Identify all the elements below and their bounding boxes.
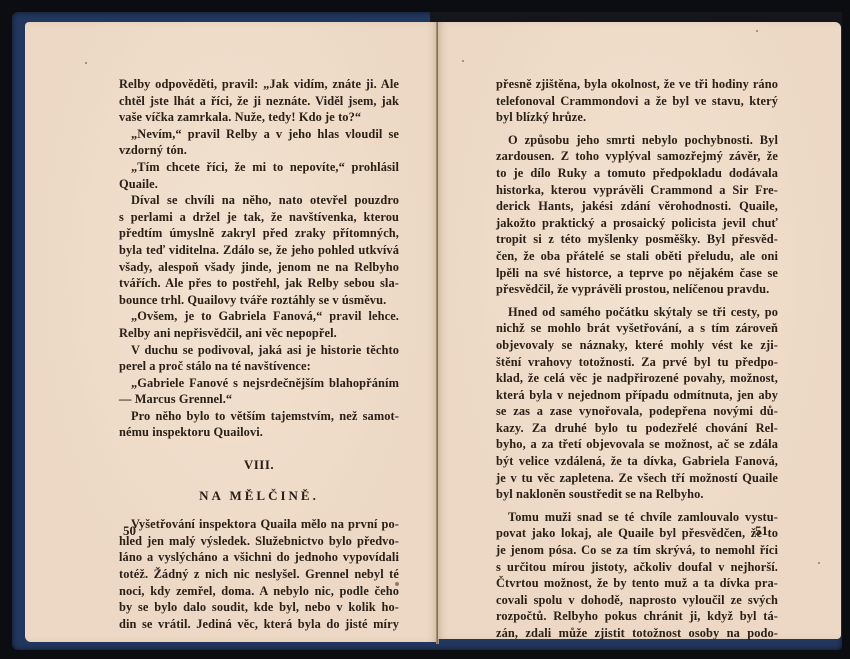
paper-speck bbox=[818, 562, 820, 564]
text-line: vaše víčka zamrkala. Nuže, tedy! Kdo je … bbox=[119, 109, 399, 126]
right-page: přesně zjištěna, byla okolnost, že ve tř… bbox=[438, 22, 841, 639]
left-page: Relby odpověděti, pravil: „Jak vidím, zn… bbox=[25, 22, 437, 642]
text-line: láno a vyslýcháno a všichni do jednoho v… bbox=[119, 549, 399, 566]
page-number-left: 50 bbox=[123, 523, 136, 539]
text-line: štění vrahovy totožnosti. Za prvé byl tu… bbox=[496, 354, 778, 371]
text-line: „Ovšem, je to Gabriela Fanová,“ pravil l… bbox=[119, 308, 399, 325]
text-line: telefonoval Crammondovi a že byl ve stav… bbox=[496, 93, 778, 110]
text-line: Relby odpověděti, pravil: „Jak vidím, zn… bbox=[119, 76, 399, 93]
text-line: „Tím chcete říci, že mi to nepovíte,“ pr… bbox=[119, 159, 399, 176]
text-line: „Nevím,“ pravil Relby a v jeho hlas vlou… bbox=[119, 126, 399, 143]
text-line: perel a proč stálo na té navštívence: bbox=[119, 358, 399, 375]
text-line: povat jako lokaj, ale Quaile byl přesvěd… bbox=[496, 525, 778, 542]
text-line: všady, alespoň všady jinde, jenom ne na … bbox=[119, 259, 399, 276]
text-line: V duchu se podivoval, jaká asi je histor… bbox=[119, 342, 399, 359]
text-line: rozpočtů. Relbyho pokus chránit ji, když… bbox=[496, 608, 778, 625]
text-line: se zas a zase vynořovala, podepřena nový… bbox=[496, 403, 778, 420]
text-line: je jenom pósa. Co se za tím skrývá, to n… bbox=[496, 542, 778, 559]
text-line: která byla v nejednom případu odmítnuta,… bbox=[496, 387, 778, 404]
text-line: O způsobu jeho smrti nebylo pochybnosti.… bbox=[496, 132, 778, 149]
text-line: noci, kdy zemřel, doma. A nebylo nic, po… bbox=[119, 583, 399, 600]
chapter-title: NA MĚLČINĚ. bbox=[119, 488, 399, 505]
text-line: byla teď viditelna. Zdálo se, že jeho po… bbox=[119, 242, 399, 259]
text-line: tropit si z této myšlenky posměšky. Byl … bbox=[496, 231, 778, 248]
text-line: objevovaly se náznaky, které mohly vést … bbox=[496, 337, 778, 354]
text-line: Díval se chvíli na něho, nato otevřel po… bbox=[119, 192, 399, 209]
text-line: jakožto praktický a prosaický policista … bbox=[496, 215, 778, 232]
text-line: covali spolu v dohodě, naprosto vyloučil… bbox=[496, 592, 778, 609]
text-line: vzdorný tón. bbox=[119, 142, 399, 159]
paper-speck bbox=[395, 582, 399, 586]
text-line: historka, kterou vyprávěli Crammond a Si… bbox=[496, 182, 778, 199]
text-line: — Marcus Grennel.“ bbox=[119, 391, 399, 408]
text-line: nichž se mohlo brát vyšetřování, a s tím… bbox=[496, 320, 778, 337]
text-line: Vyšetřování inspektora Quaila mělo na pr… bbox=[119, 516, 399, 533]
text-line: to je dílo Ruky a tomuto předpokladu dod… bbox=[496, 165, 778, 182]
text-line: přesvědčil, že vyprávěli prostou, nelíče… bbox=[496, 281, 778, 298]
text-line: bounce trhl. Quailovy tváře roztáhly se … bbox=[119, 292, 399, 309]
text-line: byho, a za třetí objevovala se možnost, … bbox=[496, 436, 778, 453]
text-line: zán, zdali může zjistit totožnost osoby … bbox=[496, 625, 778, 642]
text-line: hled jen malý výsledek. Služebnictvo byl… bbox=[119, 533, 399, 550]
text-line: byl blízký hrůze. bbox=[496, 109, 778, 126]
text-line: Pro něho bylo to větším tajemstvím, než … bbox=[119, 408, 399, 425]
text-line: kazy. Za druhé bylo tu podezřelé chování… bbox=[496, 420, 778, 437]
chapter-number: VIII. bbox=[119, 457, 399, 474]
text-line: lpěli na své historce, a teprve po nějak… bbox=[496, 265, 778, 282]
text-line: din se vrátil. Jediná věc, která byla do… bbox=[119, 616, 399, 633]
paper-speck bbox=[756, 30, 758, 32]
right-page-text: přesně zjištěna, byla okolnost, že ve tř… bbox=[496, 76, 778, 642]
page-number-right: 51 bbox=[755, 523, 768, 539]
text-line: je v tu věc zapletena. Ze všech tří možn… bbox=[496, 470, 778, 487]
text-line: předtím úmyslně zakryl před zraky přítom… bbox=[119, 225, 399, 242]
text-line: nému inspektoru Quailovi. bbox=[119, 424, 399, 441]
paper-speck bbox=[85, 62, 87, 64]
text-line: chtěl jste lhát a říci, že ji neznáte. V… bbox=[119, 93, 399, 110]
text-line: byl nakloněn soustředit se na Relbyho. bbox=[496, 486, 778, 503]
text-line: přesně zjištěna, byla okolnost, že ve tř… bbox=[496, 76, 778, 93]
text-line: Relby ani nepřisvědčil, ani věc nepopřel… bbox=[119, 325, 399, 342]
text-line: by se bylo dalo soudit, kde byl, nebo v … bbox=[119, 599, 399, 616]
text-line: totéž. Žádný z nich nic neslyšel. Grenne… bbox=[119, 566, 399, 583]
text-line: být velice vzdálená, že ta dívka, Gabrie… bbox=[496, 453, 778, 470]
text-line: Quaile. bbox=[119, 176, 399, 193]
text-line: s perlami a držel je tak, že navštívenka… bbox=[119, 209, 399, 226]
text-line: Tomu muži snad se té chvíle zamlouvalo v… bbox=[496, 509, 778, 526]
text-line: s určitou mírou jistoty, ačkoliv doufal … bbox=[496, 559, 778, 576]
text-line: derick Hants, jakési zdání věrohodnosti.… bbox=[496, 198, 778, 215]
text-line: Hned od samého počátku skýtaly se tři ce… bbox=[496, 304, 778, 321]
book-photo-scene: Relby odpověděti, pravil: „Jak vidím, zn… bbox=[0, 0, 850, 659]
left-page-text: Relby odpověděti, pravil: „Jak vidím, zn… bbox=[119, 76, 399, 632]
text-line: Čtvrtou možnost, že by tento muž a ta dí… bbox=[496, 575, 778, 592]
paper-speck bbox=[462, 60, 464, 62]
text-line: klad, že celá věc je nadpřirozené povahy… bbox=[496, 370, 778, 387]
text-line: „Gabriele Fanové s nejsrdečnějším blahop… bbox=[119, 375, 399, 392]
text-line: čen, že oba přátelé se stali oběti přelu… bbox=[496, 248, 778, 265]
text-line: zardousen. Z toho vyplýval samozřejmý zá… bbox=[496, 148, 778, 165]
text-line: tvářích. Ale přes to postřehl, jak Relby… bbox=[119, 275, 399, 292]
